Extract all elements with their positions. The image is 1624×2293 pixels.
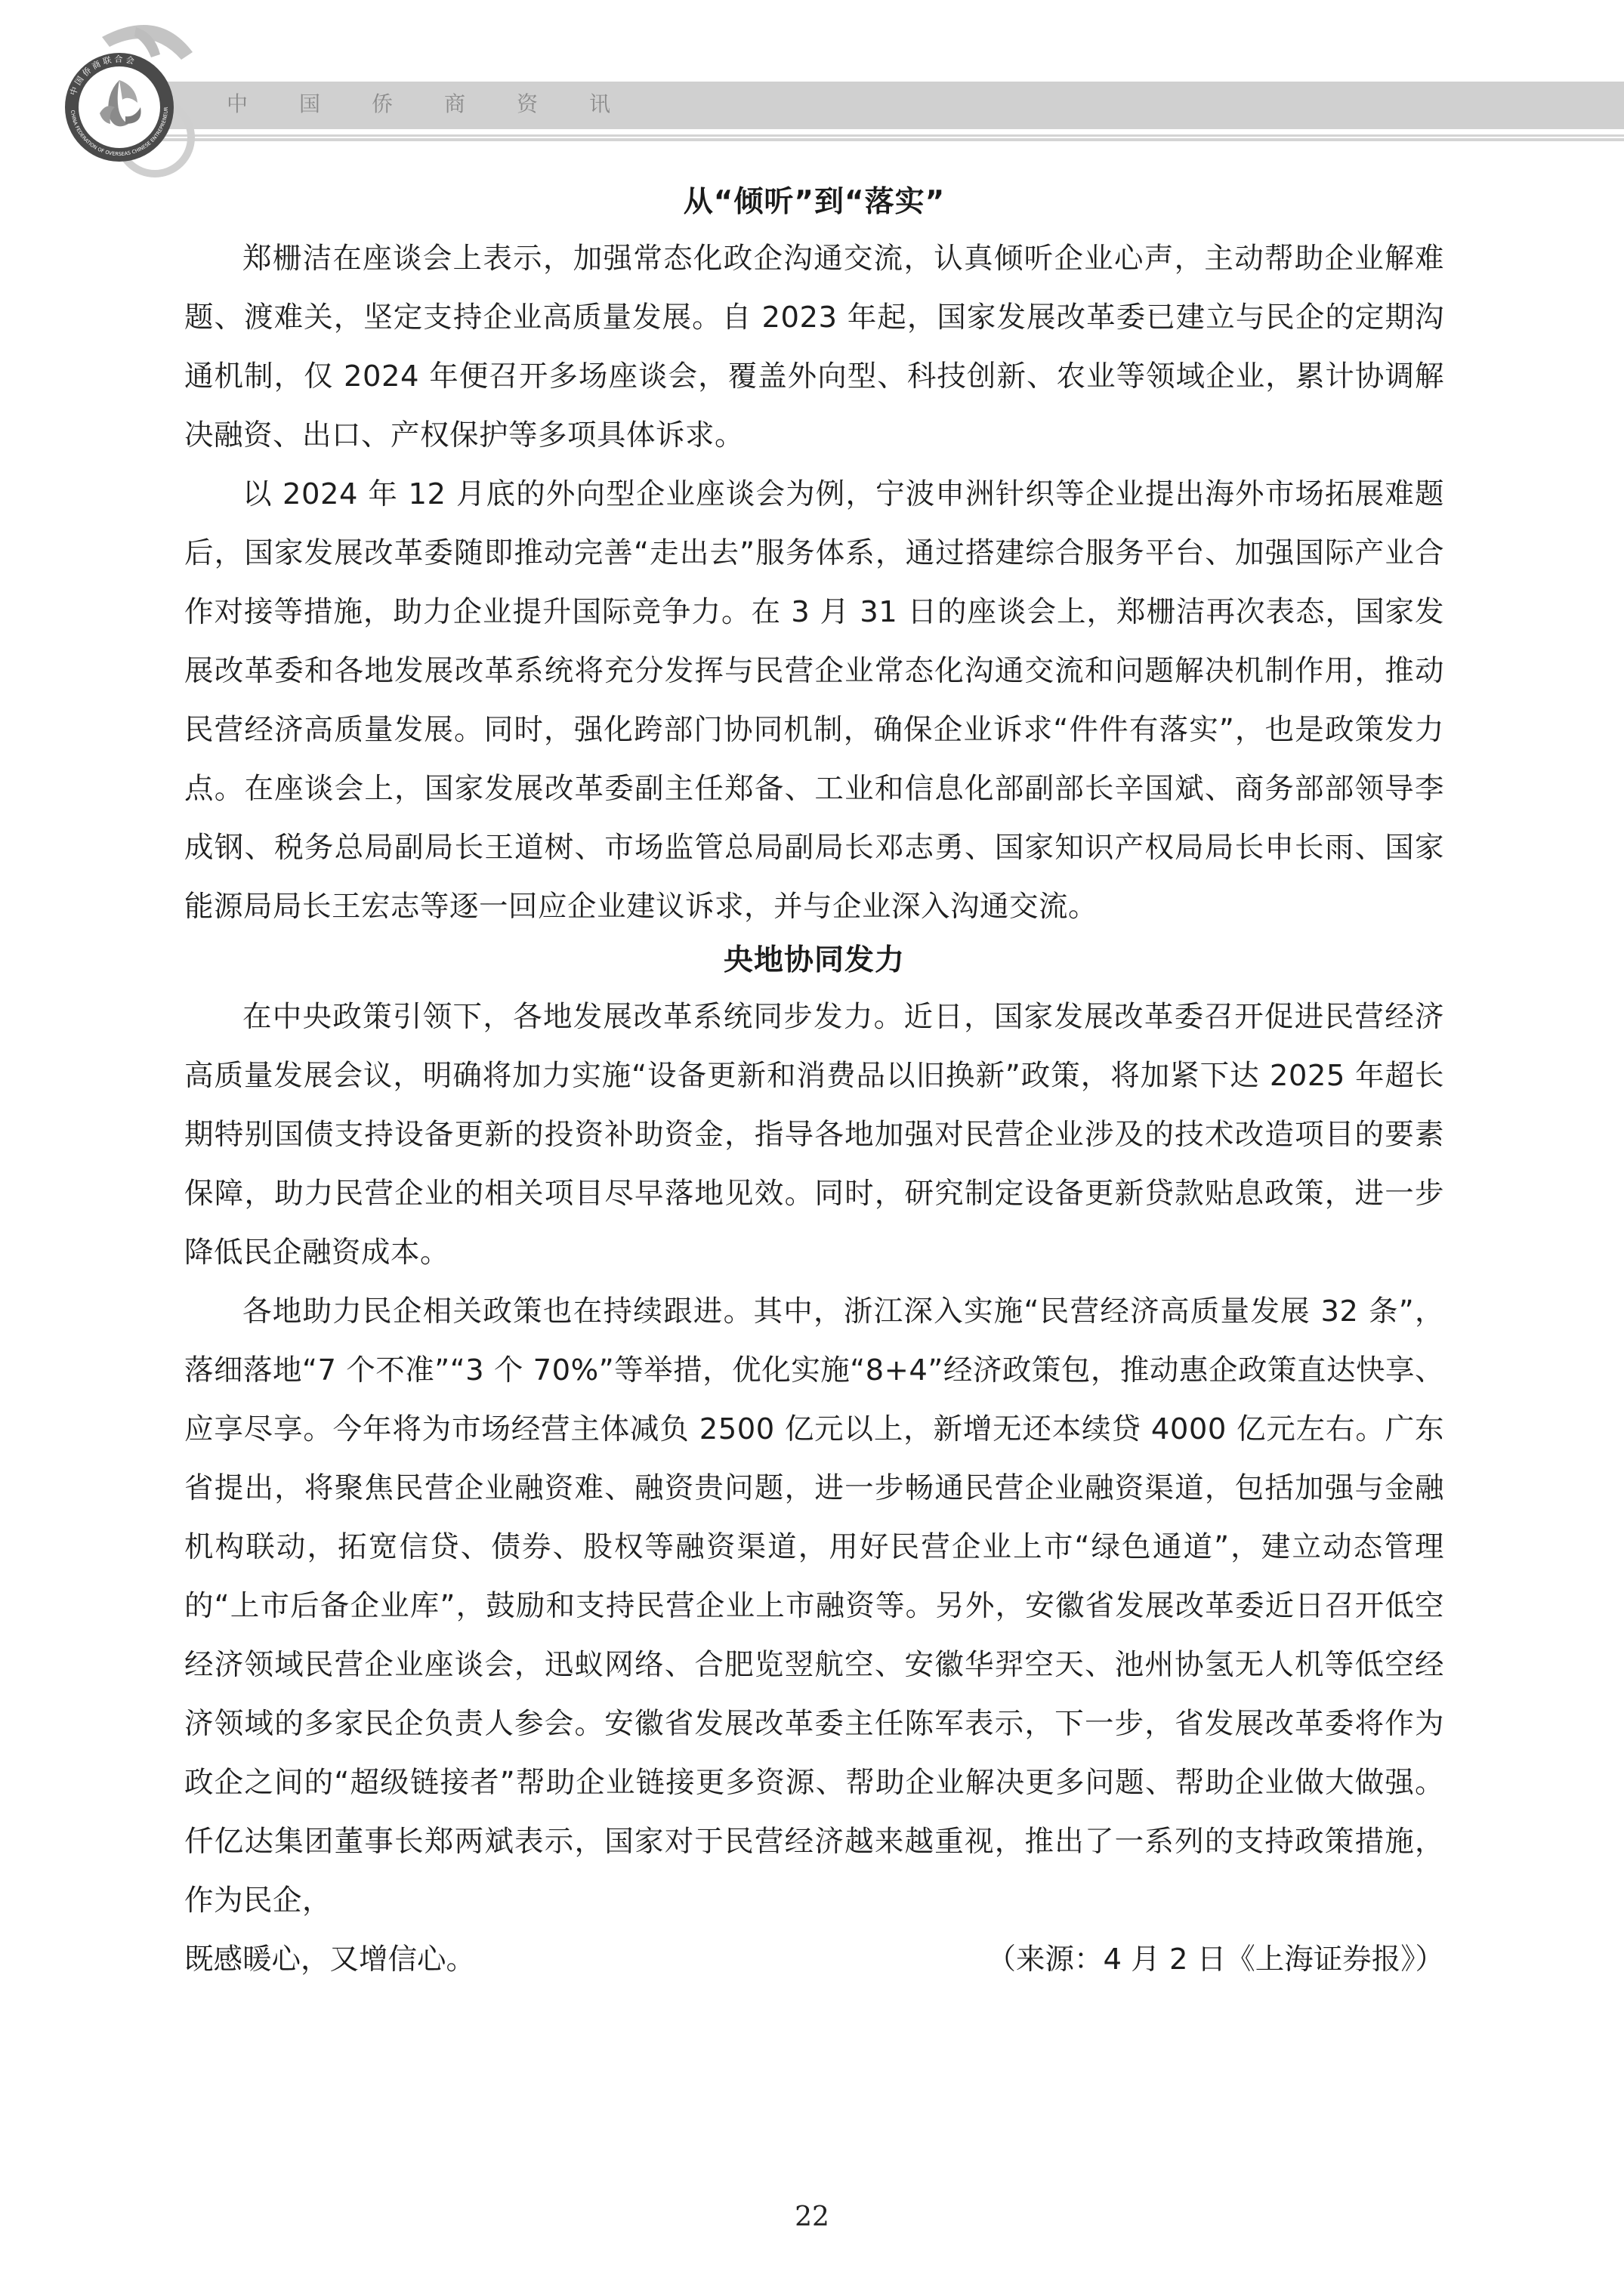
closing-text: 既感暖心，又增信心。 (184, 1930, 475, 1989)
closing-line: 既感暖心，又增信心。 （来源：4 月 2 日《上海证券报》） (184, 1930, 1444, 1989)
publication-title-char: 中 (227, 89, 299, 119)
paragraph: 以 2024 年 12 月底的外向型企业座谈会为例，宁波申洲针织等企业提出海外市… (184, 465, 1444, 937)
section-heading: 央地协同发力 (184, 938, 1444, 983)
page-number: 22 (0, 2202, 1624, 2233)
publication-title-char: 商 (444, 89, 517, 119)
publication-title-char: 侨 (372, 89, 444, 119)
paragraph: 郑栅洁在座谈会上表示，加强常态化政企沟通交流，认真倾听企业心声，主动帮助企业解难… (184, 230, 1444, 465)
source-citation: （来源：4 月 2 日《上海证券报》） (987, 1930, 1444, 1989)
paragraph: 各地助力民企相关政策也在持续跟进。其中，浙江深入实施“民营经济高质量发展 32 … (184, 1282, 1444, 1930)
publication-title-char: 讯 (589, 89, 662, 119)
federation-logo-icon: 中 国 侨 商 联 合 会 CHINA FEDERATION OF OVERSE… (30, 11, 234, 192)
publication-title-char: 国 (299, 89, 372, 119)
paragraph: 在中央政策引领下，各地发展改革系统同步发力。近日，国家发展改革委召开促进民营经济… (184, 988, 1444, 1282)
publication-title: 中 国 侨 商 资 讯 (227, 89, 662, 119)
article: 从“倾听”到“落实” 郑栅洁在座谈会上表示，加强常态化政企沟通交流，认真倾听企业… (184, 172, 1444, 1989)
header-rule (106, 134, 1624, 141)
section-heading: 从“倾听”到“落实” (184, 180, 1444, 225)
publication-title-char: 资 (517, 89, 589, 119)
